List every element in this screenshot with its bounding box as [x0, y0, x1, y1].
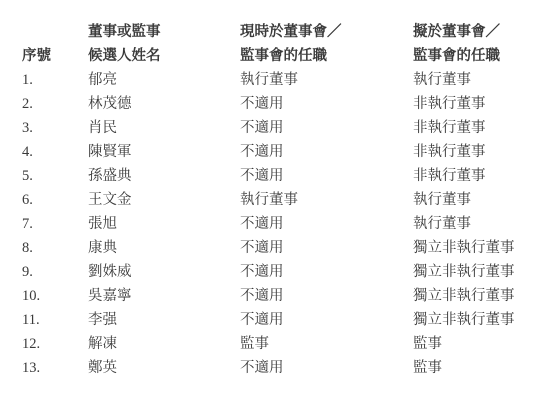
header-current-position: 現時於董事會／ 監事會的任職 — [240, 20, 413, 68]
row-no: 6. — [22, 188, 88, 212]
table-row: 1. 郁亮 執行董事 執行董事 — [22, 68, 526, 92]
row-no: 9. — [22, 260, 88, 284]
header-no-line2: 序號 — [22, 44, 88, 68]
row-no: 13. — [22, 356, 88, 380]
candidate-name: 解凍 — [88, 332, 240, 356]
header-current-line1: 現時於董事會／ — [240, 20, 413, 44]
table-row: 10. 吳嘉寧 不適用 獨立非執行董事 — [22, 284, 526, 308]
candidate-name: 劉姝威 — [88, 260, 240, 284]
row-no: 3. — [22, 116, 88, 140]
header-proposed-position: 擬於董事會／ 監事會的任職 — [413, 20, 526, 68]
table-row: 4. 陳賢軍 不適用 非執行董事 — [22, 140, 526, 164]
table-row: 3. 肖民 不適用 非執行董事 — [22, 116, 526, 140]
proposed-position: 非執行董事 — [413, 92, 526, 116]
table-body: 1. 郁亮 執行董事 執行董事 2. 林茂德 不適用 非執行董事 3. 肖民 不… — [22, 68, 526, 380]
table-row: 6. 王文金 執行董事 執行董事 — [22, 188, 526, 212]
header-no: 序號 — [22, 20, 88, 68]
proposed-position: 獨立非執行董事 — [413, 260, 526, 284]
proposed-position: 獨立非執行董事 — [413, 308, 526, 332]
table-row: 5. 孫盛典 不適用 非執行董事 — [22, 164, 526, 188]
current-position: 不適用 — [240, 92, 413, 116]
candidate-name: 肖民 — [88, 116, 240, 140]
row-no: 12. — [22, 332, 88, 356]
header-proposed-line2: 監事會的任職 — [413, 44, 526, 68]
proposed-position: 執行董事 — [413, 212, 526, 236]
candidate-name: 康典 — [88, 236, 240, 260]
table-row: 9. 劉姝威 不適用 獨立非執行董事 — [22, 260, 526, 284]
table-row: 13. 鄭英 不適用 監事 — [22, 356, 526, 380]
row-no: 11. — [22, 308, 88, 332]
table-row: 2. 林茂德 不適用 非執行董事 — [22, 92, 526, 116]
table-header: 序號 董事或監事 候選人姓名 現時於董事會／ 監事會的任職 擬於董事會／ 監事會… — [22, 20, 526, 68]
row-no: 10. — [22, 284, 88, 308]
current-position: 不適用 — [240, 140, 413, 164]
header-name-line2: 候選人姓名 — [88, 44, 240, 68]
document-page: 序號 董事或監事 候選人姓名 現時於董事會／ 監事會的任職 擬於董事會／ 監事會… — [0, 0, 548, 393]
current-position: 不適用 — [240, 260, 413, 284]
proposed-position: 非執行董事 — [413, 164, 526, 188]
proposed-position: 監事 — [413, 332, 526, 356]
header-candidate-name: 董事或監事 候選人姓名 — [88, 20, 240, 68]
proposed-position: 執行董事 — [413, 68, 526, 92]
current-position: 不適用 — [240, 284, 413, 308]
row-no: 4. — [22, 140, 88, 164]
table-row: 8. 康典 不適用 獨立非執行董事 — [22, 236, 526, 260]
candidate-name: 陳賢軍 — [88, 140, 240, 164]
candidate-name: 王文金 — [88, 188, 240, 212]
proposed-position: 非執行董事 — [413, 140, 526, 164]
candidate-name: 吳嘉寧 — [88, 284, 240, 308]
row-no: 5. — [22, 164, 88, 188]
candidate-name: 郁亮 — [88, 68, 240, 92]
header-proposed-line1: 擬於董事會／ — [413, 20, 526, 44]
header-current-line2: 監事會的任職 — [240, 44, 413, 68]
header-row: 序號 董事或監事 候選人姓名 現時於董事會／ 監事會的任職 擬於董事會／ 監事會… — [22, 20, 526, 68]
current-position: 不適用 — [240, 308, 413, 332]
candidate-name: 林茂德 — [88, 92, 240, 116]
current-position: 不適用 — [240, 164, 413, 188]
candidate-name: 張旭 — [88, 212, 240, 236]
table-row: 7. 張旭 不適用 執行董事 — [22, 212, 526, 236]
header-name-line1: 董事或監事 — [88, 20, 240, 44]
candidate-name: 李强 — [88, 308, 240, 332]
proposed-position: 執行董事 — [413, 188, 526, 212]
header-no-line1 — [22, 20, 88, 44]
row-no: 1. — [22, 68, 88, 92]
current-position: 不適用 — [240, 236, 413, 260]
current-position: 執行董事 — [240, 188, 413, 212]
current-position: 執行董事 — [240, 68, 413, 92]
current-position: 不適用 — [240, 116, 413, 140]
candidate-name: 鄭英 — [88, 356, 240, 380]
current-position: 監事 — [240, 332, 413, 356]
candidate-name: 孫盛典 — [88, 164, 240, 188]
proposed-position: 獨立非執行董事 — [413, 236, 526, 260]
row-no: 2. — [22, 92, 88, 116]
table-row: 12. 解凍 監事 監事 — [22, 332, 526, 356]
candidates-table: 序號 董事或監事 候選人姓名 現時於董事會／ 監事會的任職 擬於董事會／ 監事會… — [22, 20, 526, 380]
proposed-position: 獨立非執行董事 — [413, 284, 526, 308]
current-position: 不適用 — [240, 356, 413, 380]
row-no: 7. — [22, 212, 88, 236]
proposed-position: 監事 — [413, 356, 526, 380]
table-row: 11. 李强 不適用 獨立非執行董事 — [22, 308, 526, 332]
row-no: 8. — [22, 236, 88, 260]
proposed-position: 非執行董事 — [413, 116, 526, 140]
current-position: 不適用 — [240, 212, 413, 236]
